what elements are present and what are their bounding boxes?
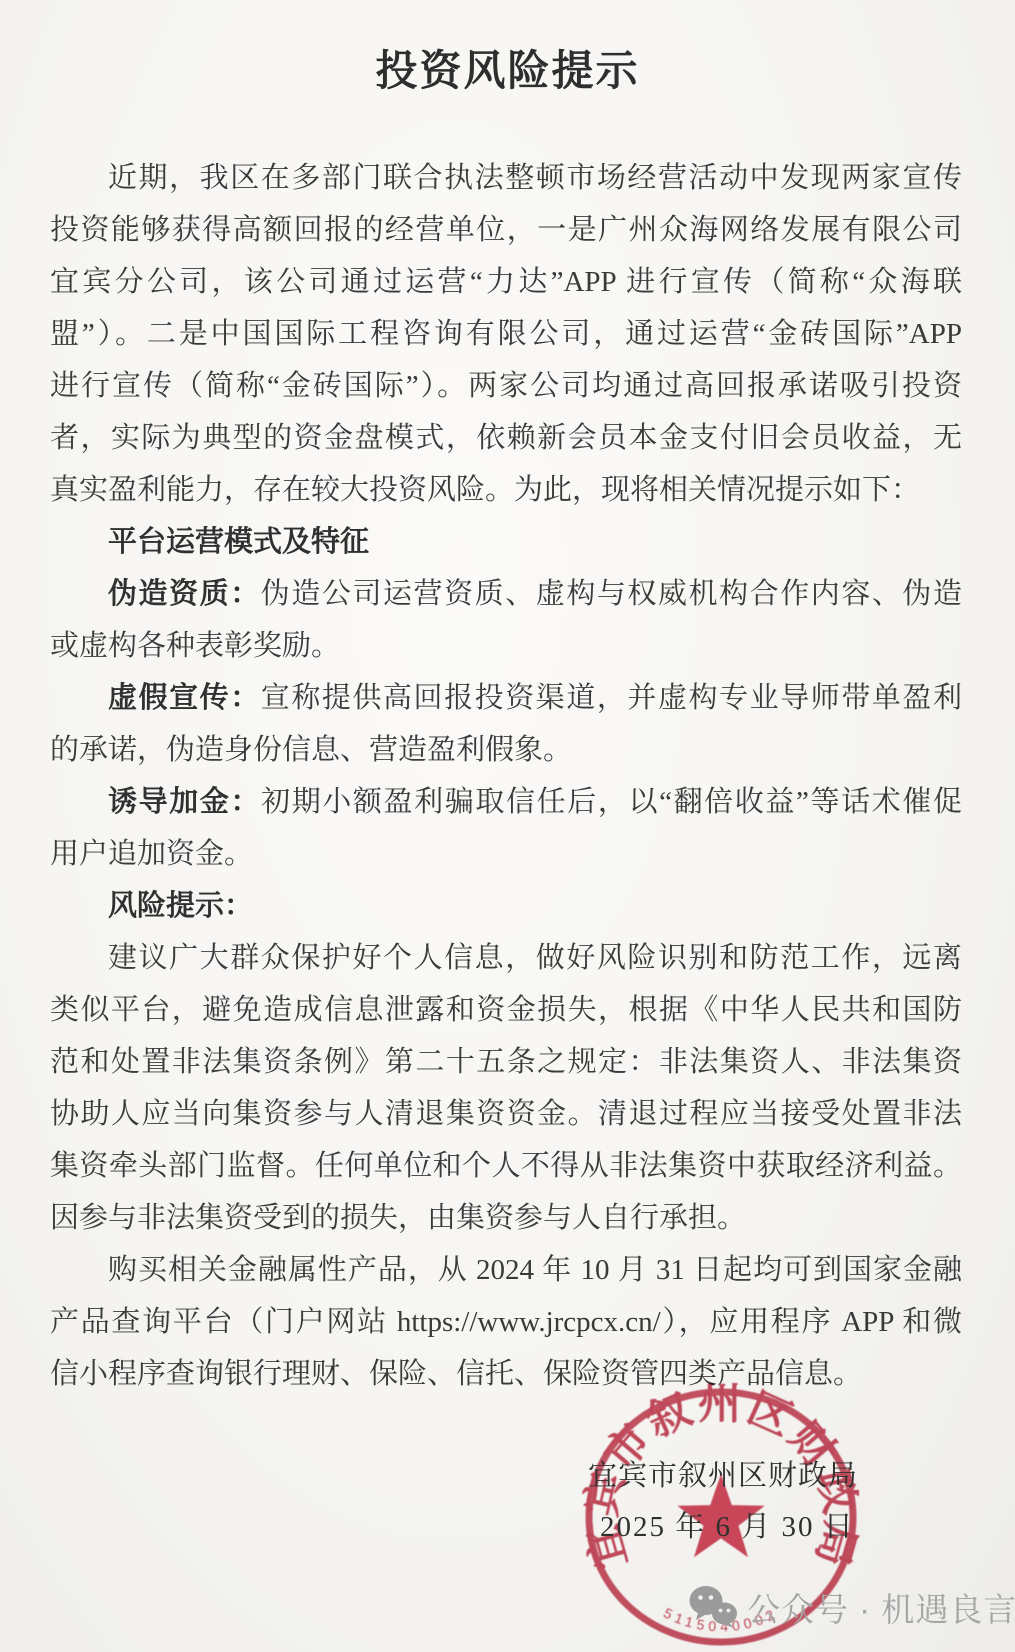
signature-date: 2025 年 6 月 30 日 [600,1501,855,1553]
body-line: 进行宣传（简称“金砖国际”）。两家公司均通过高回报承诺吸引投资 [50,360,962,412]
body-line: 的承诺，伪造身份信息、营造盈利假象。 [50,724,962,776]
body-line: 购买相关金融属性产品，从 2024 年 10 月 31 日起均可到国家金融 [50,1244,962,1296]
body-line: 集资牵头部门监督。任何单位和个人不得从非法集资中获取经济利益。 [50,1140,962,1192]
scanned-document-page: 投资风险提示 近期，我区在多部门联合执法整顿市场经营活动中发现两家宣传投资能够获… [0,0,1015,1652]
body-line: 盟”）。二是中国国际工程咨询有限公司，通过运营“金砖国际”APP [50,308,962,360]
body-line: 者，实际为典型的资金盘模式，依赖新会员本金支付旧会员收益，无 [50,412,962,464]
body-line: 风险提示： [50,880,962,932]
body-line: 类似平台，避免造成信息泄露和资金损失，根据《中华人民共和国防 [50,984,962,1036]
body-line: 建议广大群众保护好个人信息，做好风险识别和防范工作，远离 [50,932,962,984]
body-line: 范和处置非法集资条例》第二十五条之规定：非法集资人、非法集资 [50,1036,962,1088]
body-line: 真实盈利能力，存在较大投资风险。为此，现将相关情况提示如下： [50,464,962,516]
body-line: 协助人应当向集资参与人清退集资资金。清退过程应当接受处置非法 [50,1088,962,1140]
body-line-label: 诱导加金： [108,786,261,818]
wechat-icon [688,1585,738,1629]
body-line: 产品查询平台（门户网站 https://www.jrcpcx.cn/），应用程序… [50,1296,962,1348]
watermark-label: 公众号 · 机遇良言 [747,1584,1015,1631]
body-line-label: 虚假宣传： [108,682,261,714]
document-title: 投资风险提示 [0,38,1015,98]
body-line: 或虚构各种表彰奖励。 [50,620,962,672]
body-line: 因参与非法集资受到的损失，由集资参与人自行承担。 [50,1192,962,1244]
body-line: 诱导加金：初期小额盈利骗取信任后，以“翻倍收益”等话术催促 [50,776,962,828]
body-line: 伪造资质：伪造公司运营资质、虚构与权威机构合作内容、伪造 [50,568,962,620]
body-line: 近期，我区在多部门联合执法整顿市场经营活动中发现两家宣传 [50,152,962,204]
body-line: 宜宾分公司，该公司通过运营“力达”APP 进行宣传（简称“众海联 [50,256,962,308]
body-line-label: 伪造资质： [108,578,261,610]
body-line: 投资能够获得高额回报的经营单位，一是广州众海网络发展有限公司 [50,204,962,256]
watermark: 公众号 · 机遇良言 [688,1583,1015,1631]
body-line: 用户追加资金。 [50,828,962,880]
body-line: 虚假宣传：宣称提供高回报投资渠道，并虚构专业导师带单盈利 [50,672,962,724]
body-line: 平台运营模式及特征 [50,516,962,568]
document-body: 近期，我区在多部门联合执法整顿市场经营活动中发现两家宣传投资能够获得高额回报的经… [50,152,962,1400]
signature-agency: 宜宾市叙州区财政局 [588,1450,858,1502]
